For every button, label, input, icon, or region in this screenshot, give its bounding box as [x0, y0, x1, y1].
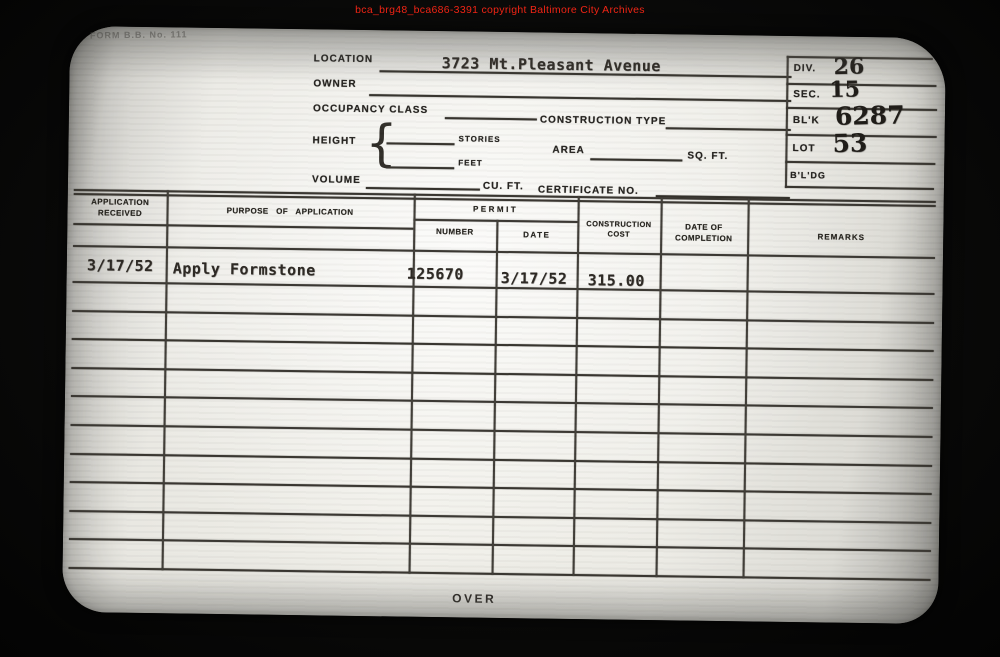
header-underline: [73, 223, 413, 229]
feet-label: FEET: [458, 158, 483, 167]
stories-label: STORIES: [459, 134, 501, 144]
owner-line: [369, 94, 791, 102]
blk-label: BL'K: [793, 115, 820, 126]
table-column-line: [492, 220, 499, 575]
property-box-line: [785, 186, 934, 190]
table-row-line: [71, 367, 933, 381]
div-label: DIV.: [794, 63, 817, 74]
header-construction-cost: CONSTRUCTION COST: [577, 219, 660, 240]
header-date-of-completion: DATE OF COMPLETION: [660, 222, 747, 245]
table-row-line: [71, 395, 933, 409]
lot-value: 53: [832, 128, 867, 158]
area-label: AREA: [552, 145, 584, 156]
table-row-line: [69, 538, 931, 552]
form-number: FORM B.B. No. 111: [90, 29, 188, 40]
table-row-line: [69, 567, 931, 581]
sec-label: SEC.: [793, 89, 820, 100]
table-row-line: [71, 424, 933, 438]
sqft-label: SQ. FT.: [687, 151, 728, 163]
header-permit-number: NUMBER: [413, 227, 496, 239]
volume-line: [366, 187, 480, 191]
row-purpose: Apply Formstone: [173, 259, 316, 279]
archive-copyright-caption: bca_brg48_bca686-3391 copyright Baltimor…: [0, 4, 1000, 16]
bldg-label: B'L'DG: [790, 170, 826, 180]
permit-index-card: FORM B.B. No. 111 LOCATION 3723 Mt.Pleas…: [62, 26, 946, 624]
table-row-line: [70, 481, 932, 495]
blk-value: 6287: [835, 100, 905, 130]
table-row-line: [72, 338, 934, 352]
location-value: 3723 Mt.Pleasant Avenue: [442, 54, 661, 75]
height-label: HEIGHT: [312, 135, 356, 147]
occupancy-line: [445, 117, 537, 120]
property-box-left-border: [785, 56, 789, 188]
table-row-line: [70, 453, 932, 467]
header-permit-date: DATE: [496, 230, 577, 242]
lot-label: LOT: [792, 143, 815, 154]
header-purpose: PURPOSE OF APPLICATION: [166, 205, 413, 219]
volume-label: VOLUME: [312, 174, 361, 186]
location-label: LOCATION: [314, 53, 374, 65]
over-label: OVER: [434, 591, 514, 606]
row-construction-cost: 315.00: [588, 271, 645, 290]
construction-type-label: CONSTRUCTION TYPE: [540, 114, 667, 127]
row-permit-number: 125670: [407, 265, 464, 284]
row-application-received: 3/17/52: [75, 256, 166, 275]
table-row-line: [72, 310, 934, 324]
property-box-line: [786, 83, 936, 87]
header-permit: PERMIT: [414, 204, 578, 217]
area-line: [590, 158, 682, 161]
header-remarks: REMARKS: [747, 231, 935, 244]
table-row-line: [73, 245, 935, 259]
row-permit-date: 3/17/52: [501, 269, 568, 288]
table-row-line: [69, 510, 931, 524]
sec-value: 15: [829, 76, 860, 103]
property-box-line: [785, 161, 935, 165]
construction-type-line: [666, 127, 791, 131]
cuft-label: CU. FT.: [483, 181, 524, 193]
header-application-received: APPLICATION RECEIVED: [75, 197, 164, 220]
owner-label: OWNER: [313, 78, 356, 90]
